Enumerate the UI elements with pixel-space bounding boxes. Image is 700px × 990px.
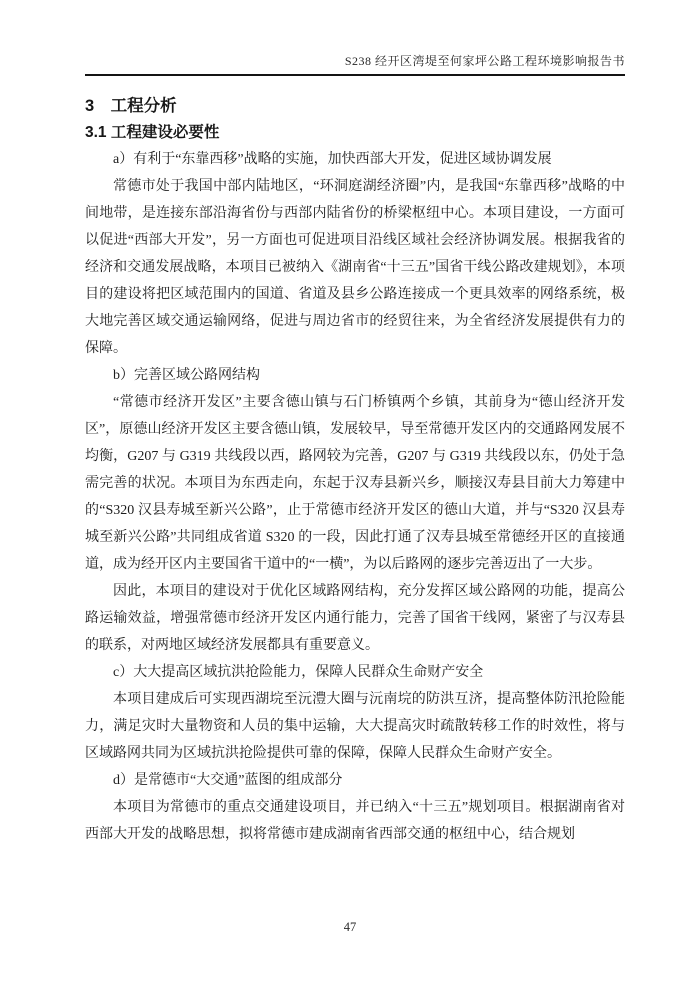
subsection-heading: 3.1 工程建设必要性	[85, 123, 625, 143]
document-page: S238 经开区湾堤至何家坪公路工程环境影响报告书 3 工程分析 3.1 工程建…	[0, 0, 700, 990]
paragraph: 本项目为常德市的重点交通建设项目，并已纳入“十三五”规划项目。根据湖南省对西部大…	[85, 794, 625, 848]
paragraph: 因此，本项目的建设对于优化区域路网结构，充分发挥区域公路网的功能，提高公路运输效…	[85, 578, 625, 659]
paragraph-item-d: d）是常德市“大交通”蓝图的组成部分	[85, 767, 625, 794]
header-title: S238 经开区湾堤至何家坪公路工程环境影响报告书	[345, 54, 625, 68]
paragraph: 常德市处于我国中部内陆地区，“环洞庭湖经济圈”内，是我国“东靠西移”战略的中间地…	[85, 173, 625, 362]
page-number: 47	[0, 920, 700, 935]
page-header: S238 经开区湾堤至何家坪公路工程环境影响报告书	[85, 0, 625, 76]
paragraph-item-b: b）完善区域公路网结构	[85, 362, 625, 389]
body-text: a）有利于“东靠西移”战略的实施，加快西部大开发，促进区域协调发展 常德市处于我…	[85, 146, 625, 848]
paragraph: “常德市经济开发区”主要含德山镇与石门桥镇两个乡镇，其前身为“德山经济开发区”，…	[85, 389, 625, 578]
paragraph: 本项目建成后可实现西湖垸至沅澧大圈与沅南垸的防洪互济，提高整体防汛抢险能力，满足…	[85, 686, 625, 767]
section-heading: 3 工程分析	[85, 95, 625, 117]
paragraph-item-c: c）大大提高区域抗洪抢险能力，保障人民群众生命财产安全	[85, 659, 625, 686]
paragraph-item-a: a）有利于“东靠西移”战略的实施，加快西部大开发，促进区域协调发展	[85, 146, 625, 173]
